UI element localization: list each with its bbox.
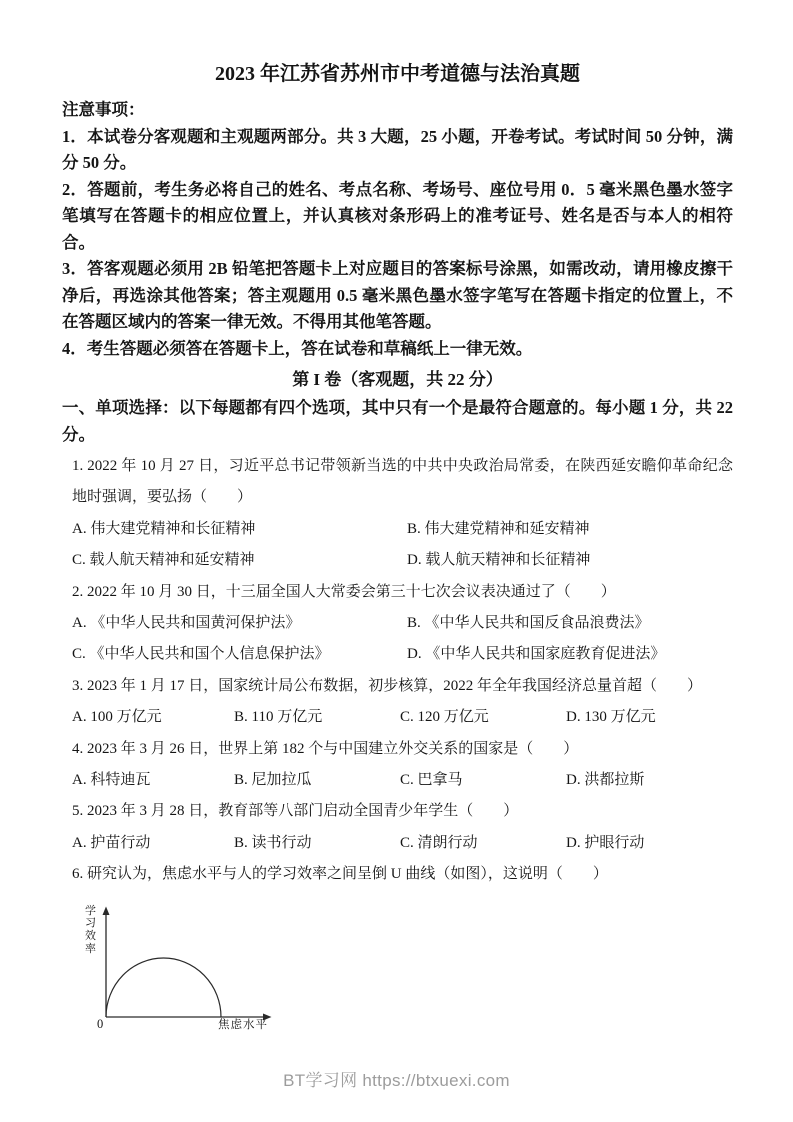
option-1-b: B. 伟大建党精神和延安精神 [407, 514, 733, 545]
question-6: 6. 研究认为，焦虑水平与人的学习效率之间呈倒 U 曲线（如图），这说明（ ） … [72, 859, 733, 1044]
option-5-b: B. 读书行动 [234, 828, 400, 859]
option-1-d: D. 载人航天精神和长征精神 [407, 545, 733, 576]
option-2-b: B. 《中华人民共和国反食品浪费法》 [407, 608, 733, 639]
question-6-stem: 6. 研究认为，焦虑水平与人的学习效率之间呈倒 U 曲线（如图），这说明（ ） [72, 859, 733, 890]
question-2: 2. 2022 年 10 月 30 日，十三届全国人大常委会第三十七次会议表决通… [72, 577, 733, 671]
option-4-a: A. 科特迪瓦 [72, 765, 234, 796]
notice-heading: 注意事项： [62, 97, 733, 124]
notice-section: 注意事项： 1．本试卷分客观题和主观题两部分。共 3 大题，25 小题，开卷考试… [62, 97, 733, 362]
volume-title: 第 I 卷（客观题，共 22 分） [62, 367, 733, 392]
option-3-d: D. 130 万亿元 [566, 702, 733, 733]
question-1-options-row: C. 载人航天精神和延安精神 D. 载人航天精神和长征精神 [72, 545, 733, 576]
notice-item: 2．答题前，考生务必将自己的姓名、考点名称、考场号、座位号用 0．5 毫米黑色墨… [62, 177, 733, 257]
option-2-d: D. 《中华人民共和国家庭教育促进法》 [407, 639, 733, 670]
chart-origin-label: 0 [97, 1017, 103, 1031]
question-3-stem: 3. 2023 年 1 月 17 日，国家统计局公布数据，初步核算，2022 年… [72, 671, 733, 702]
part-title: 一、单项选择：以下每题都有四个选项，其中只有一个是最符合题意的。每小题 1 分，… [62, 394, 733, 448]
page-title: 2023 年江苏省苏州市中考道德与法治真题 [62, 60, 733, 88]
option-4-d: D. 洪都拉斯 [566, 765, 733, 796]
exam-paper-page: 2023 年江苏省苏州市中考道德与法治真题 注意事项： 1．本试卷分客观题和主观… [0, 0, 793, 1122]
footer: BT学习网 https://btxuexi.com [0, 1066, 793, 1091]
option-2-c: C. 《中华人民共和国个人信息保护法》 [72, 639, 407, 670]
chart-y-axis-label: 学习效率 [84, 905, 97, 956]
option-3-b: B. 110 万亿元 [234, 702, 400, 733]
question-2-options-row: C. 《中华人民共和国个人信息保护法》 D. 《中华人民共和国家庭教育促进法》 [72, 639, 733, 670]
question-3: 3. 2023 年 1 月 17 日，国家统计局公布数据，初步核算，2022 年… [72, 671, 733, 734]
option-5-c: C. 清朗行动 [400, 828, 566, 859]
option-4-c: C. 巴拿马 [400, 765, 566, 796]
notice-item: 1．本试卷分客观题和主观题两部分。共 3 大题，25 小题，开卷考试。考试时间 … [62, 124, 733, 177]
question-1-stem: 1. 2022 年 10 月 27 日，习近平总书记带领新当选的中共中央政治局常… [72, 451, 733, 514]
notice-item: 4．考生答题必须答在答题卡上，答在试卷和草稿纸上一律无效。 [62, 336, 733, 363]
option-5-d: D. 护眼行动 [566, 828, 733, 859]
option-1-c: C. 载人航天精神和延安精神 [72, 545, 407, 576]
question-2-stem: 2. 2022 年 10 月 30 日，十三届全国人大常委会第三十七次会议表决通… [72, 577, 733, 608]
option-1-a: A. 伟大建党精神和长征精神 [72, 514, 407, 545]
y-axis-arrow-icon [103, 906, 110, 915]
option-3-a: A. 100 万亿元 [72, 702, 234, 733]
question-5-options-row: A. 护苗行动 B. 读书行动 C. 清朗行动 D. 护眼行动 [72, 828, 733, 859]
chart-x-axis-label: 焦虑水平 [218, 1019, 268, 1032]
question-4: 4. 2023 年 3 月 26 日，世界上第 182 个与中国建立外交关系的国… [72, 734, 733, 797]
notice-item: 3．答客观题必须用 2B 铅笔把答题卡上对应题目的答案标号涂黑，如需改动，请用橡… [62, 256, 733, 336]
question-5-stem: 5. 2023 年 3 月 28 日，教育部等八部门启动全国青少年学生（ ） [72, 796, 733, 827]
option-5-a: A. 护苗行动 [72, 828, 234, 859]
question-5: 5. 2023 年 3 月 28 日，教育部等八部门启动全国青少年学生（ ） A… [72, 796, 733, 859]
inverted-u-curve-drawing [100, 905, 280, 1033]
question-2-options-row: A. 《中华人民共和国黄河保护法》 B. 《中华人民共和国反食品浪费法》 [72, 608, 733, 639]
question-list: 1. 2022 年 10 月 27 日，习近平总书记带领新当选的中共中央政治局常… [62, 451, 733, 1045]
option-4-b: B. 尼加拉瓜 [234, 765, 400, 796]
question-1-options-row: A. 伟大建党精神和长征精神 B. 伟大建党精神和延安精神 [72, 514, 733, 545]
question-3-options-row: A. 100 万亿元 B. 110 万亿元 C. 120 万亿元 D. 130 … [72, 702, 733, 733]
footer-site-link[interactable]: BT学习网 https://btxuexi.com [283, 1071, 510, 1090]
question-1: 1. 2022 年 10 月 27 日，习近平总书记带领新当选的中共中央政治局常… [72, 451, 733, 577]
inverted-u-curve-chart: 学习效率 0 焦虑水平 [84, 905, 334, 1045]
question-4-options-row: A. 科特迪瓦 B. 尼加拉瓜 C. 巴拿马 D. 洪都拉斯 [72, 765, 733, 796]
inverted-u-curve-path [106, 958, 221, 1017]
question-4-stem: 4. 2023 年 3 月 26 日，世界上第 182 个与中国建立外交关系的国… [72, 734, 733, 765]
option-2-a: A. 《中华人民共和国黄河保护法》 [72, 608, 407, 639]
option-3-c: C. 120 万亿元 [400, 702, 566, 733]
